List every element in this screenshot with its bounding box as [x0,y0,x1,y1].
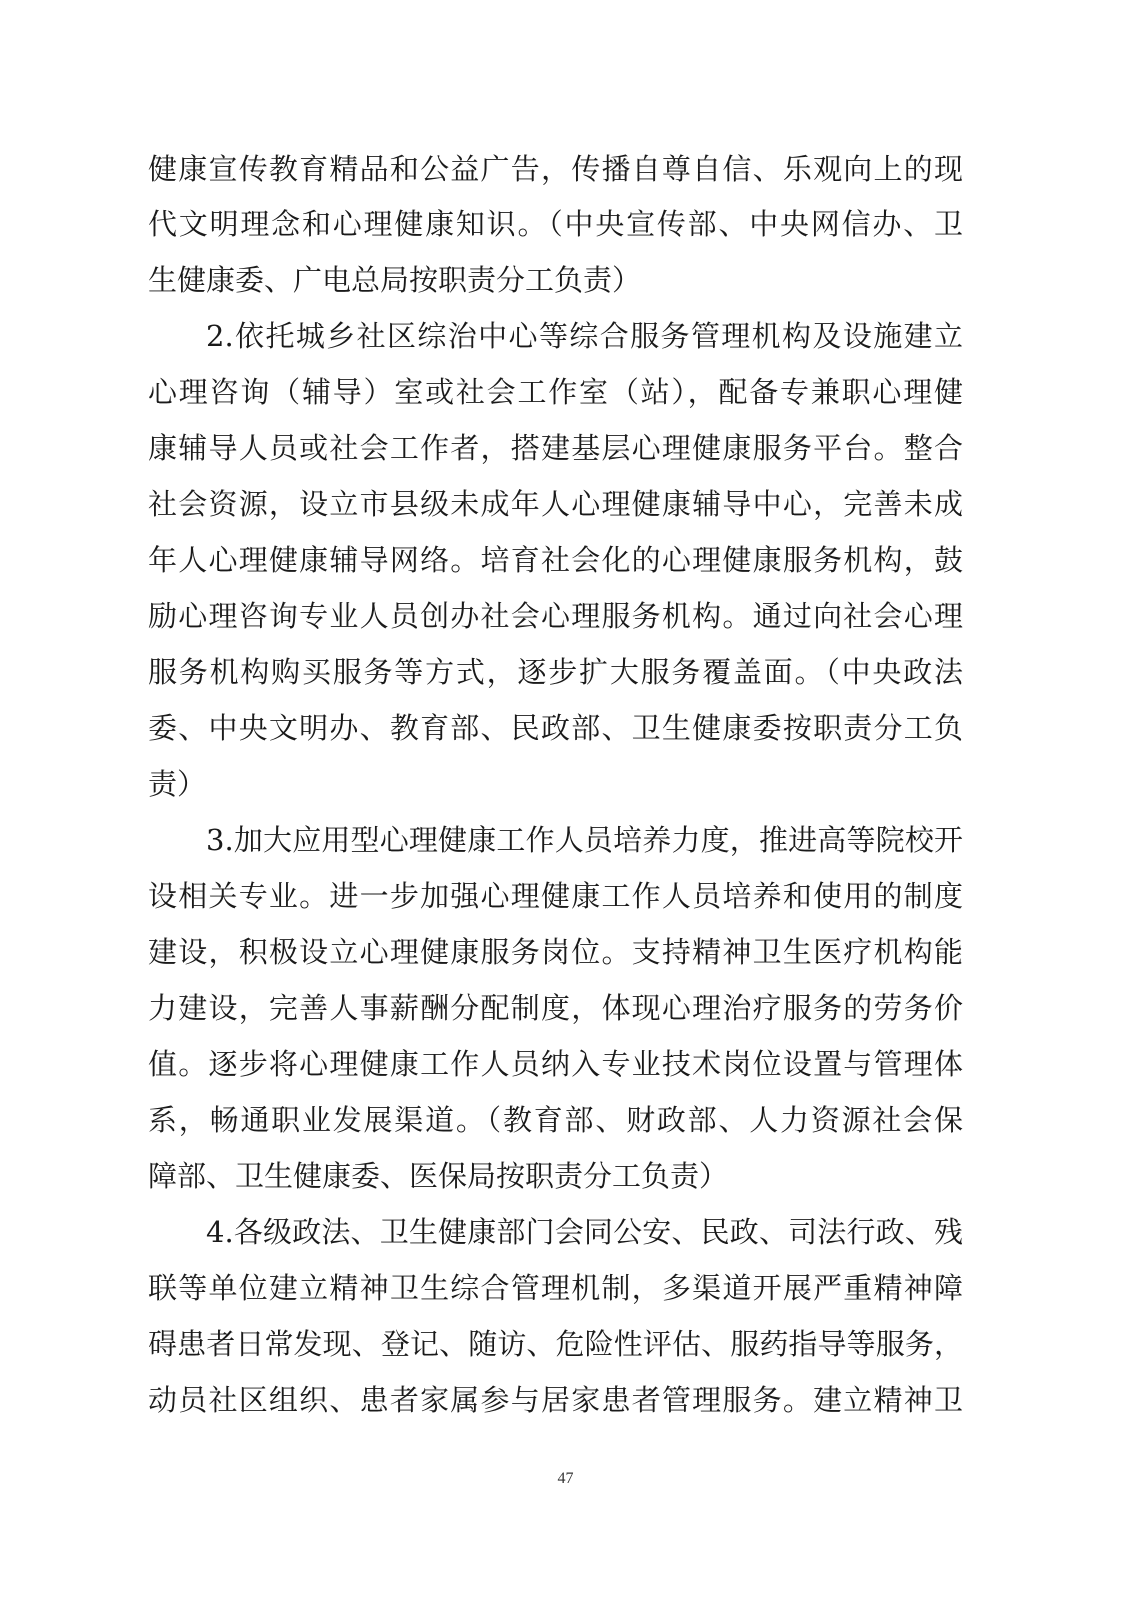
text-line: 值。逐步将心理健康工作人员纳入专业技术岗位设置与管理体 [148,1036,963,1092]
page-number: 47 [0,1470,1131,1488]
text-line: 碍患者日常发现、登记、随访、危险性评估、服药指导等服务， [148,1316,963,1372]
text-line: 设相关专业。进一步加强心理健康工作人员培养和使用的制度 [148,868,963,924]
text-line: 障部、卫生健康委、医保局按职责分工负责） [148,1148,963,1204]
text-line: 联等单位建立精神卫生综合管理机制，多渠道开展严重精神障 [148,1260,963,1316]
text-line: 代文明理念和心理健康知识。（中央宣传部、中央网信办、卫 [148,196,963,252]
text-line: 康辅导人员或社会工作者，搭建基层心理健康服务平台。整合 [148,420,963,476]
text-line: 生健康委、广电总局按职责分工负责） [148,252,963,308]
text-line: 服务机构购买服务等方式，逐步扩大服务覆盖面。（中央政法 [148,644,963,700]
text-line: 动员社区组织、患者家属参与居家患者管理服务。建立精神卫 [148,1372,963,1428]
text-line: 社会资源，设立市县级未成年人心理健康辅导中心，完善未成 [148,476,963,532]
text-line: 责） [148,756,963,812]
text-line: 建设，积极设立心理健康服务岗位。支持精神卫生医疗机构能 [148,924,963,980]
text-line: 年人心理健康辅导网络。培育社会化的心理健康服务机构，鼓 [148,532,963,588]
text-line: 健康宣传教育精品和公益广告，传播自尊自信、乐观向上的现 [148,141,963,197]
text-line: 励心理咨询专业人员创办社会心理服务机构。通过向社会心理 [148,588,963,644]
text-line: 心理咨询（辅导）室或社会工作室（站），配备专兼职心理健 [148,364,963,420]
text-line: 4.各级政法、卫生健康部门会同公安、民政、司法行政、残 [148,1204,963,1260]
text-line: 2.依托城乡社区综治中心等综合服务管理机构及设施建立 [148,308,963,364]
text-line: 系，畅通职业发展渠道。（教育部、财政部、人力资源社会保 [148,1092,963,1148]
text-line: 力建设，完善人事薪酬分配制度，体现心理治疗服务的劳务价 [148,980,963,1036]
text-line: 3.加大应用型心理健康工作人员培养力度，推进高等院校开 [148,812,963,868]
text-line: 委、中央文明办、教育部、民政部、卫生健康委按职责分工负 [148,700,963,756]
